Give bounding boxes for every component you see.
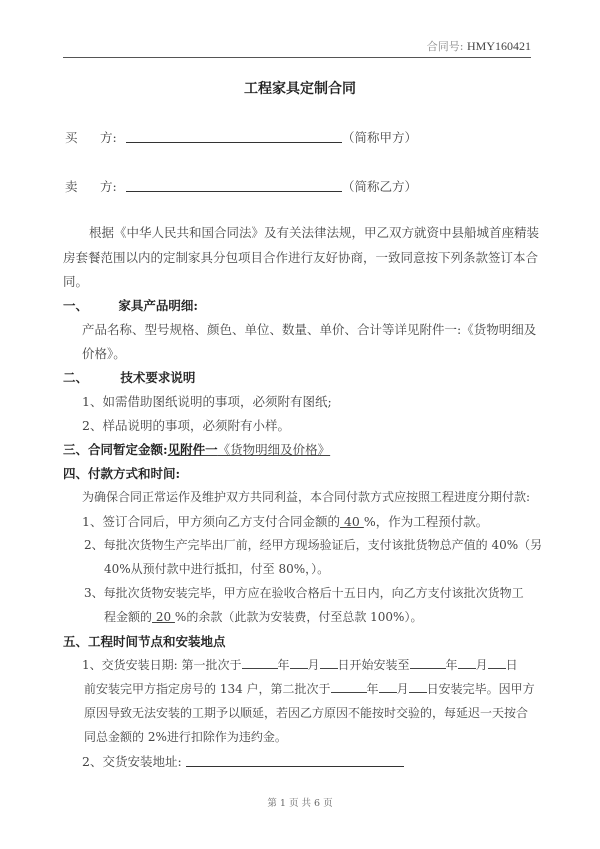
contract-no-label: 合同号: (427, 40, 464, 53)
section-1-number: 一、 (63, 298, 88, 313)
section-1-heading: 一、 家具产品明细: (63, 296, 198, 314)
section-4-item-3-pre: 程金额的 (104, 610, 152, 624)
section-4-item-2-line-2: 40%从预付款中进行抵扣，付至 80%，）。 (104, 560, 329, 577)
document-title: 工程家具定制合同 (0, 78, 600, 98)
section-3-value-text: 《货物明细及价格》 (218, 442, 331, 457)
month-label: 月 (308, 658, 320, 672)
seller-name-field[interactable] (126, 179, 342, 192)
batch2-complete-label: 日安装完毕。因甲方 (427, 682, 535, 696)
section-3-row: 三、合同暂定金额:见附件一《货物明细及价格》 (63, 440, 330, 458)
section-4-item-1-pre: 1、签订合同后，甲方须向乙方支付合同金额的 (82, 514, 340, 529)
install-address-label: 2、交货安装地址: (82, 754, 182, 769)
section-5-heading: 五、工程时间节点和安装地点 (63, 632, 226, 650)
advance-payment-percent[interactable]: 40 (340, 514, 364, 529)
balance-payment-percent[interactable]: 20 (152, 610, 175, 624)
section-2-number: 二、 (63, 370, 88, 385)
batch1-start-day-field[interactable] (320, 656, 338, 669)
section-1-text-2: 价格》。 (82, 344, 126, 362)
install-address-field[interactable] (186, 754, 404, 767)
section-4-item-3-post: %的余款（此款为安装费，付至总款 100%）。 (175, 610, 423, 624)
section-2-item-1: 1、如需借助图纸说明的事项，必须附有图纸; (82, 392, 332, 410)
page-header: 合同号: HMY160421 (63, 38, 531, 58)
section-4-item-1: 1、签订合同后，甲方须向乙方支付合同金额的 40 %，作为工程预付款。 (82, 512, 488, 530)
batch1-end-year-field[interactable] (410, 656, 446, 669)
section-5-item-1-line-4: 同总金额的 2%进行扣除作为违约金。 (84, 728, 287, 745)
section-5-item-1-line-3: 原因导致无法安装的工期予以顺延，若因乙方原因不能按时交验的，每延迟一天按合 (84, 704, 528, 721)
section-5-item-2: 2、交货安装地址: (82, 752, 182, 770)
batch1-end-month-field[interactable] (458, 656, 476, 669)
section-5-item-1-line-2: 前安装完甲方指定房号的 134 户，第二批次于年月日安装完毕。因甲方 (84, 680, 535, 697)
contract-no: HMY160421 (467, 39, 531, 53)
buyer-name-field[interactable] (126, 130, 342, 143)
section-1-title: 家具产品明细: (118, 298, 198, 313)
section-4-item-1-post: %，作为工程预付款。 (364, 514, 488, 529)
preamble-line-1: 根据《中华人民共和国合同法》及有关法律法规，甲乙双方就资中县船城首座精装 (89, 223, 539, 241)
year-label: 年 (446, 658, 458, 672)
seller-label-suffix: 方: (100, 177, 117, 195)
batch1-end-day-field[interactable] (488, 656, 506, 669)
batch2-year-field[interactable] (331, 680, 367, 693)
seller-note: （简称乙方） (342, 177, 417, 195)
batch2-month-field[interactable] (379, 680, 397, 693)
section-2-title: 技术要求说明 (120, 370, 195, 385)
buyer-label-suffix: 方: (100, 128, 117, 146)
year-label: 年 (367, 682, 379, 696)
batch2-day-field[interactable] (409, 680, 427, 693)
section-3-value: 见附件一《货物明细及价格》 (168, 442, 331, 457)
section-3-value-bold: 见附件一 (168, 442, 218, 457)
batch1-start-year-field[interactable] (242, 656, 278, 669)
month-label: 月 (397, 682, 409, 696)
section-4-intro: 为确保合同正常运作及维护双方共同利益，本合同付款方式应按照工程进度分期付款: (82, 488, 530, 505)
section-4-item-2-line-1: 2、每批次货物生产完毕出厂前，经甲方现场验证后，支付该批货物总产值的 40%（另 (84, 536, 542, 553)
preamble-line-2: 房套餐范围以内的定制家具分包项目合作进行友好协商，一致同意按下列条款签订本合 (63, 248, 538, 266)
section-5-item-1-line-1: 1、交货安装日期: 第一批次于年月日开始安装至年月日 (82, 656, 518, 673)
buyer-note: （简称甲方） (342, 128, 417, 146)
start-install-label: 日开始安装至 (338, 658, 410, 672)
batch2-label: 前安装完甲方指定房号的 134 户，第二批次于 (84, 682, 331, 696)
buyer-label: 买 (65, 128, 78, 146)
section-2-heading: 二、 技术要求说明 (63, 368, 195, 386)
batch1-start-month-field[interactable] (290, 656, 308, 669)
section-3-heading: 三、合同暂定金额: (63, 442, 168, 457)
section-4-heading: 四、付款方式和时间: (63, 464, 180, 482)
section-4-item-3-line-1: 3、每批次货物安装完毕，甲方应在验收合格后十五日内，向乙方支付该批次货物工 (84, 584, 524, 601)
page-number: 第 1 页 共 6 页 (0, 795, 600, 809)
section-1-text-1: 产品名称、型号规格、颜色、单位、数量、单价、合计等详见附件一:《货物明细及 (82, 320, 536, 338)
preamble-line-3: 同。 (63, 272, 88, 290)
delivery-date-label: 1、交货安装日期: 第一批次于 (82, 658, 242, 672)
contract-page: 合同号: HMY160421 工程家具定制合同 买 方: （简称甲方） 卖 方:… (0, 0, 600, 849)
section-2-item-2: 2、样品说明的事项，必须附有小样。 (82, 416, 290, 434)
year-label: 年 (278, 658, 290, 672)
seller-label: 卖 (65, 177, 78, 195)
day-label: 日 (506, 658, 518, 672)
month-label: 月 (476, 658, 488, 672)
section-4-item-3-line-2: 程金额的 20 %的余款（此款为安装费，付至总款 100%）。 (104, 608, 422, 625)
